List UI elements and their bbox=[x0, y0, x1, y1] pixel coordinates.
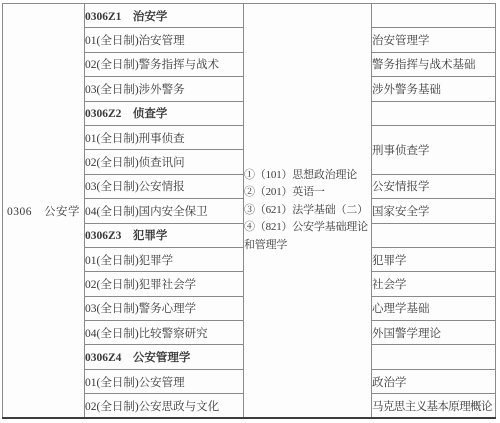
program-header-cell: 0306Z1 治安学 bbox=[85, 4, 244, 28]
reference-cell bbox=[372, 101, 496, 125]
program-cell: 03(全日制)警务心理学 bbox=[85, 296, 244, 320]
exam-subject-line: ②（201）英语一 bbox=[244, 184, 371, 202]
exam-subjects-block: ①（101）思想政治理论 ②（201）英语一 ③（621）法学基础（二） ④（8… bbox=[244, 167, 371, 255]
program-cell: 03(全日制)公安情报 bbox=[85, 174, 244, 198]
reference-cell: 治安管理学 bbox=[372, 28, 496, 52]
program-cell: 03(全日制)涉外警务 bbox=[85, 77, 244, 101]
reference-cell: 国家安全学 bbox=[372, 199, 496, 223]
reference-cell: 涉外警务基础 bbox=[372, 77, 496, 101]
reference-cell: 心理学基础 bbox=[372, 296, 496, 320]
program-cell: 02(全日制)侦查讯问 bbox=[85, 150, 244, 174]
program-cell: 01(全日制)刑事侦查 bbox=[85, 125, 244, 149]
exam-subject-line: ①（101）思想政治理论 bbox=[244, 167, 371, 185]
reference-cell: 警务指挥与战术基础 bbox=[372, 52, 496, 76]
reference-cell: 犯罪学 bbox=[372, 247, 496, 271]
program-cell: 01(全日制)公安管理 bbox=[85, 369, 244, 393]
exam-subject-line: 和管理学 bbox=[244, 237, 371, 255]
reference-cell bbox=[372, 223, 496, 247]
reference-cell: 社会学 bbox=[372, 272, 496, 296]
exam-subject-line: ④（821）公安学基础理论 bbox=[244, 219, 371, 237]
program-cell: 02(全日制)公安思政与文化 bbox=[85, 394, 244, 418]
program-header-cell: 0306Z4 公安管理学 bbox=[85, 345, 244, 369]
reference-cell bbox=[372, 345, 496, 369]
exam-subjects-cell: ①（101）思想政治理论 ②（201）英语一 ③（621）法学基础（二） ④（8… bbox=[244, 4, 372, 419]
reference-cell: 刑事侦查学 bbox=[372, 125, 496, 174]
program-cell: 02(全日制)警务指挥与战术 bbox=[85, 52, 244, 76]
program-header-cell: 0306Z3 犯罪学 bbox=[85, 223, 244, 247]
table-row: 0306 公安学 0306Z1 治安学 ①（101）思想政治理论 ②（201）英… bbox=[3, 4, 496, 28]
reference-cell: 公安情报学 bbox=[372, 174, 496, 198]
program-cell: 04(全日制)国内安全保卫 bbox=[85, 199, 244, 223]
program-header-cell: 0306Z2 侦查学 bbox=[85, 101, 244, 125]
reference-cell bbox=[372, 4, 496, 28]
program-cell: 02(全日制)犯罪社会学 bbox=[85, 272, 244, 296]
reference-cell: 马克思主义基本原理概论 bbox=[372, 394, 496, 418]
reference-cell: 外国警学理论 bbox=[372, 321, 496, 345]
program-cell: 04(全日制)比较警察研究 bbox=[85, 321, 244, 345]
page: 0306 公安学 0306Z1 治安学 ①（101）思想政治理论 ②（201）英… bbox=[0, 0, 500, 423]
admissions-catalog-table: 0306 公安学 0306Z1 治安学 ①（101）思想政治理论 ②（201）英… bbox=[2, 3, 496, 419]
reference-cell: 政治学 bbox=[372, 369, 496, 393]
program-cell: 01(全日制)治安管理 bbox=[85, 28, 244, 52]
discipline-cell: 0306 公安学 bbox=[3, 4, 85, 419]
exam-subject-line: ③（621）法学基础（二） bbox=[244, 202, 371, 220]
program-cell: 01(全日制)犯罪学 bbox=[85, 247, 244, 271]
